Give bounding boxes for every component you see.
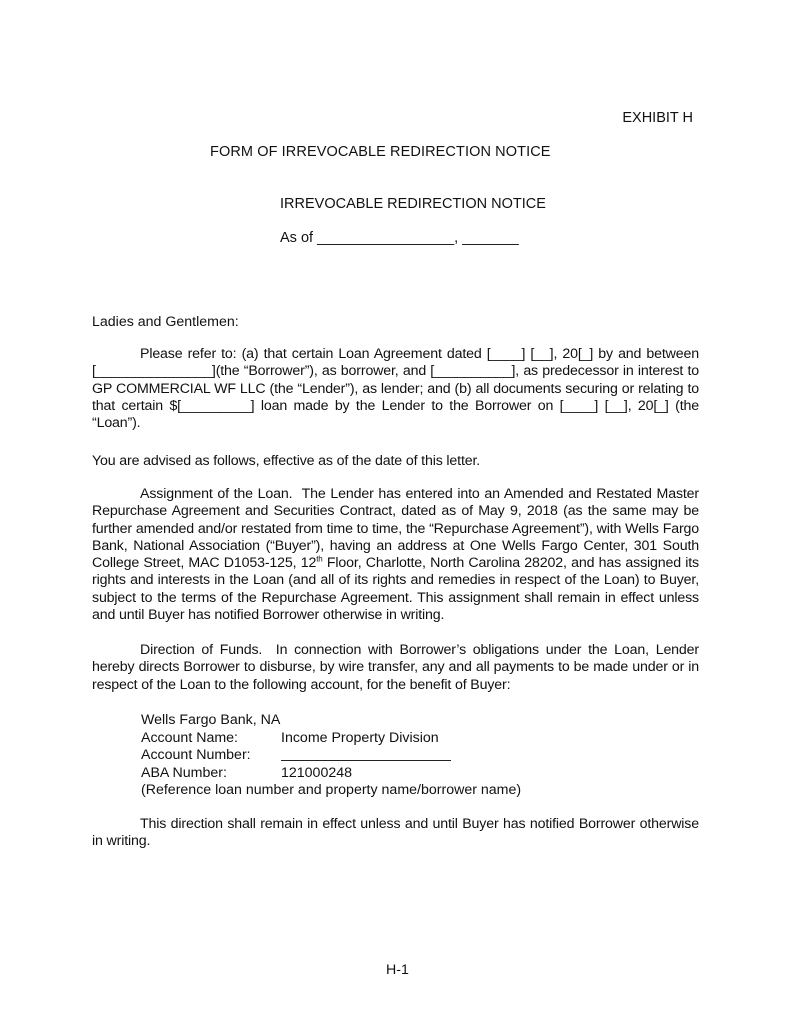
paragraph-refer: Please refer to: (a) that certain Loan A… — [92, 346, 699, 432]
aba-number-label: ABA Number: — [141, 765, 281, 783]
salutation: Ladies and Gentlemen: — [92, 314, 239, 331]
document-page: EXHIBIT H FORM OF IRREVOCABLE REDIRECTIO… — [0, 0, 791, 1024]
account-name-label: Account Name: — [141, 730, 281, 748]
direction-heading: Direction of Funds. — [140, 642, 262, 658]
aba-number-value: 121000248 — [281, 765, 352, 783]
form-title: FORM OF IRREVOCABLE REDIRECTION NOTICE — [210, 144, 551, 161]
as-of-date-line: As of _________________, _______ — [280, 230, 519, 247]
assignment-heading: Assignment of the Loan. — [140, 486, 292, 502]
account-name-value: Income Property Division — [281, 730, 439, 748]
advised-line: You are advised as follows, effective as… — [92, 453, 699, 470]
paragraph-assignment: Assignment of the Loan. The Lender has e… — [92, 486, 699, 624]
account-number-label: Account Number: — [141, 747, 281, 765]
reference-note: (Reference loan number and property name… — [141, 782, 521, 800]
bank-name: Wells Fargo Bank, NA — [141, 712, 280, 730]
wire-account-details: Wells Fargo Bank, NA Account Name: Incom… — [141, 712, 521, 800]
page-number: H-1 — [386, 962, 409, 979]
notice-title: IRREVOCABLE REDIRECTION NOTICE — [280, 196, 546, 213]
exhibit-label: EXHIBIT H — [622, 110, 693, 127]
account-number-blank — [281, 747, 451, 761]
paragraph-direction: Direction of Funds. In connection with B… — [92, 642, 699, 694]
closing-paragraph: This direction shall remain in effect un… — [92, 816, 699, 851]
